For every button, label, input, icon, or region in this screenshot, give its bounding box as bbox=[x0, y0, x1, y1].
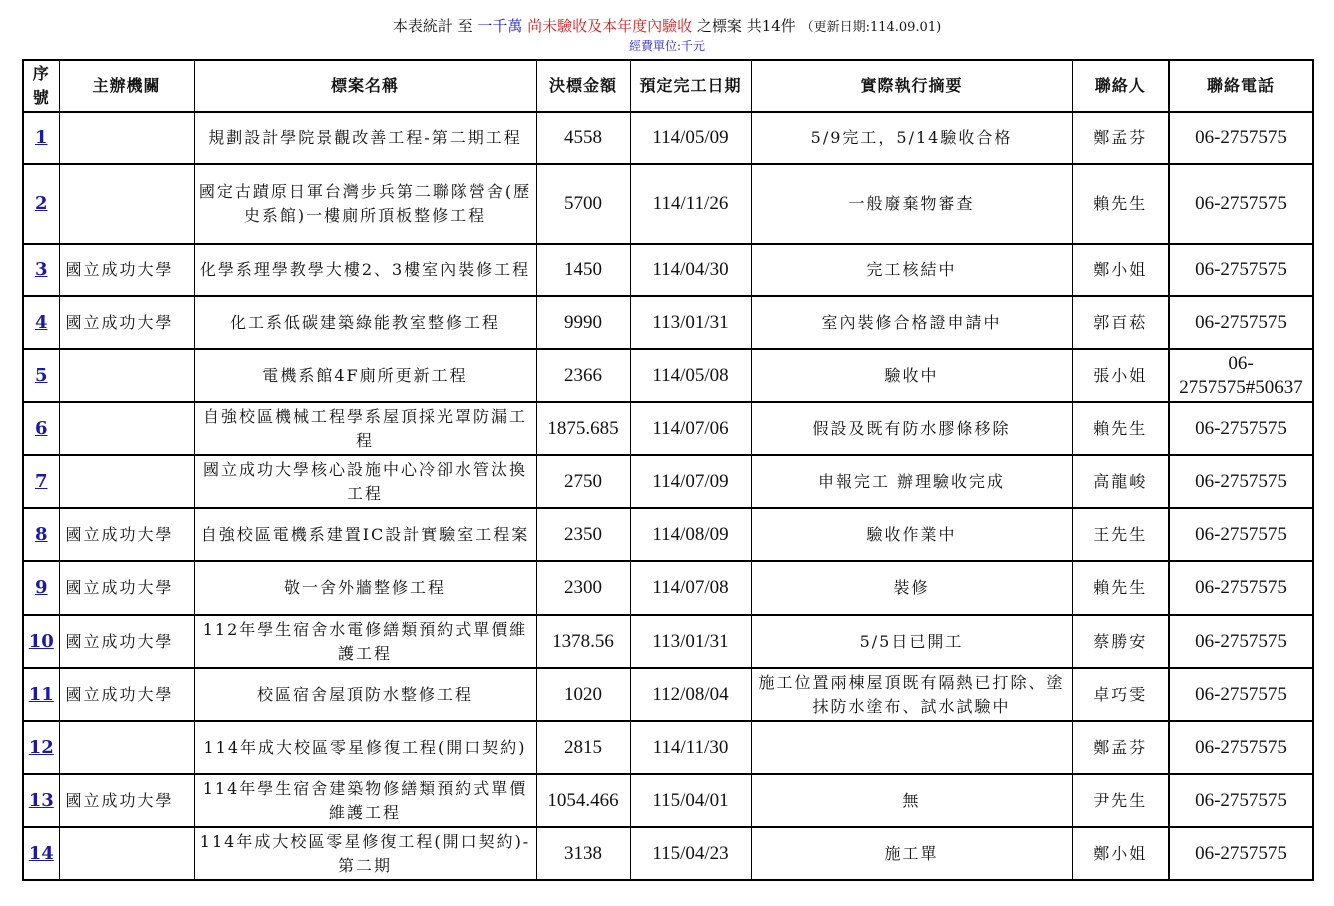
phone-cell: 06-2757575 bbox=[1169, 164, 1313, 244]
table-row: 6 自強校區機械工程學系屋頂採光罩防漏工程 1875.685 114/07/06… bbox=[23, 402, 1313, 455]
summary-cell: 一般廢棄物審查 bbox=[751, 164, 1072, 244]
award-amount-cell: 1378.56 bbox=[536, 615, 630, 668]
tender-name-cell: 114年成大校區零星修復工程(開口契約)-第二期 bbox=[194, 827, 536, 880]
phone-cell: 06-2757575 bbox=[1169, 296, 1313, 349]
contact-cell: 鄭孟芬 bbox=[1072, 721, 1169, 774]
table-row: 10 國立成功大學 112年學生宿舍水電修繕類預約式單價維護工程 1378.56… bbox=[23, 615, 1313, 668]
summary-cell: 室內裝修合格證申請中 bbox=[751, 296, 1072, 349]
contact-cell: 蔡勝安 bbox=[1072, 615, 1169, 668]
due-date-cell: 114/05/08 bbox=[630, 349, 751, 402]
row-number-link[interactable]: 10 bbox=[29, 631, 54, 652]
tender-name-cell: 112年學生宿舍水電修繕類預約式單價維護工程 bbox=[194, 615, 536, 668]
currency-unit-note: 經費單位:千元 bbox=[0, 38, 1334, 54]
agency-cell bbox=[59, 721, 194, 774]
award-amount-cell: 1020 bbox=[536, 668, 630, 721]
agency-cell: 國立成功大學 bbox=[59, 508, 194, 561]
summary-cell: 施工單 bbox=[751, 827, 1072, 880]
phone-cell: 06-2757575 bbox=[1169, 455, 1313, 508]
row-number-link[interactable]: 4 bbox=[35, 312, 48, 333]
due-date-cell: 115/04/23 bbox=[630, 827, 751, 880]
table-header-row: 序號 主辦機關 標案名稱 決標金額 預定完工日期 實際執行摘要 聯絡人 聯絡電話 bbox=[23, 60, 1313, 112]
due-date-cell: 114/07/09 bbox=[630, 455, 751, 508]
contact-cell: 鄭小姐 bbox=[1072, 244, 1169, 296]
due-date-cell: 114/08/09 bbox=[630, 508, 751, 561]
header-no: 序號 bbox=[23, 60, 59, 112]
table-row: 14 114年成大校區零星修復工程(開口契約)-第二期 3138 115/04/… bbox=[23, 827, 1313, 880]
row-number-link[interactable]: 7 bbox=[35, 471, 48, 492]
table-row: 12 114年成大校區零星修復工程(開口契約) 2815 114/11/30 鄭… bbox=[23, 721, 1313, 774]
row-number-cell: 14 bbox=[23, 827, 59, 880]
table-row: 8 國立成功大學 自強校區電機系建置IC設計實驗室工程案 2350 114/08… bbox=[23, 508, 1313, 561]
tender-name-cell: 化工系低碳建築綠能教室整修工程 bbox=[194, 296, 536, 349]
row-number-cell: 1 bbox=[23, 112, 59, 164]
contact-cell: 高龍峻 bbox=[1072, 455, 1169, 508]
header-phone: 聯絡電話 bbox=[1169, 60, 1313, 112]
tender-name-cell: 敬一舍外牆整修工程 bbox=[194, 561, 536, 615]
caption-suffix: 之標案 共14件 bbox=[692, 17, 800, 35]
contact-cell: 賴先生 bbox=[1072, 164, 1169, 244]
award-amount-cell: 1054.466 bbox=[536, 774, 630, 827]
row-number-link[interactable]: 11 bbox=[29, 684, 54, 705]
contact-cell: 張小姐 bbox=[1072, 349, 1169, 402]
agency-cell: 國立成功大學 bbox=[59, 615, 194, 668]
agency-cell bbox=[59, 349, 194, 402]
tender-name-cell: 規劃設計學院景觀改善工程-第二期工程 bbox=[194, 112, 536, 164]
row-number-cell: 6 bbox=[23, 402, 59, 455]
summary-cell: 5/9完工，5/14驗收合格 bbox=[751, 112, 1072, 164]
award-amount-cell: 4558 bbox=[536, 112, 630, 164]
row-number-link[interactable]: 1 bbox=[35, 127, 48, 148]
phone-cell: 06-2757575 bbox=[1169, 508, 1313, 561]
table-row: 2 國定古蹟原日軍台灣步兵第二聯隊營舍(歷史系館)一樓廁所頂板整修工程 5700… bbox=[23, 164, 1313, 244]
agency-cell: 國立成功大學 bbox=[59, 774, 194, 827]
due-date-cell: 114/11/30 bbox=[630, 721, 751, 774]
award-amount-cell: 1875.685 bbox=[536, 402, 630, 455]
agency-cell: 國立成功大學 bbox=[59, 244, 194, 296]
table-row: 9 國立成功大學 敬一舍外牆整修工程 2300 114/07/08 裝修 賴先生… bbox=[23, 561, 1313, 615]
tender-name-cell: 國立成功大學核心設施中心冷卻水管汰換工程 bbox=[194, 455, 536, 508]
phone-cell: 06-2757575 bbox=[1169, 615, 1313, 668]
agency-cell bbox=[59, 164, 194, 244]
header-award-amount: 決標金額 bbox=[536, 60, 630, 112]
summary-cell: 無 bbox=[751, 774, 1072, 827]
award-amount-cell: 2366 bbox=[536, 349, 630, 402]
table-row: 5 電機系館4F廁所更新工程 2366 114/05/08 驗收中 張小姐 06… bbox=[23, 349, 1313, 402]
table-row: 11 國立成功大學 校區宿舍屋頂防水整修工程 1020 112/08/04 施工… bbox=[23, 668, 1313, 721]
tender-name-cell: 自強校區電機系建置IC設計實驗室工程案 bbox=[194, 508, 536, 561]
row-number-cell: 10 bbox=[23, 615, 59, 668]
row-number-cell: 12 bbox=[23, 721, 59, 774]
table-row: 1 規劃設計學院景觀改善工程-第二期工程 4558 114/05/09 5/9完… bbox=[23, 112, 1313, 164]
row-number-link[interactable]: 13 bbox=[29, 790, 54, 811]
phone-cell: 06-2757575 bbox=[1169, 668, 1313, 721]
due-date-cell: 113/01/31 bbox=[630, 296, 751, 349]
due-date-cell: 114/07/08 bbox=[630, 561, 751, 615]
row-number-link[interactable]: 5 bbox=[35, 365, 48, 386]
table-row: 13 國立成功大學 114年學生宿舍建築物修繕類預約式單價維護工程 1054.4… bbox=[23, 774, 1313, 827]
summary-cell: 裝修 bbox=[751, 561, 1072, 615]
row-number-link[interactable]: 2 bbox=[35, 193, 48, 214]
contact-cell: 賴先生 bbox=[1072, 402, 1169, 455]
row-number-cell: 9 bbox=[23, 561, 59, 615]
award-amount-cell: 2300 bbox=[536, 561, 630, 615]
award-amount-cell: 2750 bbox=[536, 455, 630, 508]
summary-cell: 假設及既有防水膠條移除 bbox=[751, 402, 1072, 455]
summary-cell bbox=[751, 721, 1072, 774]
due-date-cell: 114/04/30 bbox=[630, 244, 751, 296]
summary-cell: 施工位置兩棟屋頂既有隔熱已打除、塗抹防水塗布、試水試驗中 bbox=[751, 668, 1072, 721]
award-amount-cell: 9990 bbox=[536, 296, 630, 349]
row-number-link[interactable]: 12 bbox=[29, 737, 54, 758]
phone-cell: 06-2757575 bbox=[1169, 721, 1313, 774]
summary-cell: 驗收作業中 bbox=[751, 508, 1072, 561]
due-date-cell: 112/08/04 bbox=[630, 668, 751, 721]
summary-cell: 申報完工 辦理驗收完成 bbox=[751, 455, 1072, 508]
phone-cell: 06-2757575 bbox=[1169, 774, 1313, 827]
row-number-cell: 3 bbox=[23, 244, 59, 296]
agency-cell: 國立成功大學 bbox=[59, 668, 194, 721]
agency-cell: 國立成功大學 bbox=[59, 296, 194, 349]
row-number-link[interactable]: 3 bbox=[35, 259, 48, 280]
row-number-cell: 7 bbox=[23, 455, 59, 508]
tender-name-cell: 化學系理學教學大樓2、3樓室內裝修工程 bbox=[194, 244, 536, 296]
due-date-cell: 114/05/09 bbox=[630, 112, 751, 164]
tender-table: 序號 主辦機關 標案名稱 決標金額 預定完工日期 實際執行摘要 聯絡人 聯絡電話… bbox=[22, 59, 1314, 881]
header-contact: 聯絡人 bbox=[1072, 60, 1169, 112]
report-caption: 本表統計 至 一千萬 尚未驗收及本年度內驗收 之標案 共14件 （更新日期:11… bbox=[0, 16, 1334, 38]
row-number-cell: 11 bbox=[23, 668, 59, 721]
table-row: 3 國立成功大學 化學系理學教學大樓2、3樓室內裝修工程 1450 114/04… bbox=[23, 244, 1313, 296]
due-date-cell: 115/04/01 bbox=[630, 774, 751, 827]
agency-cell bbox=[59, 827, 194, 880]
due-date-cell: 114/11/26 bbox=[630, 164, 751, 244]
agency-cell bbox=[59, 402, 194, 455]
summary-cell: 5/5日已開工 bbox=[751, 615, 1072, 668]
tender-name-cell: 校區宿舍屋頂防水整修工程 bbox=[194, 668, 536, 721]
header-tender-name: 標案名稱 bbox=[194, 60, 536, 112]
tender-name-cell: 114年成大校區零星修復工程(開口契約) bbox=[194, 721, 536, 774]
row-number-cell: 4 bbox=[23, 296, 59, 349]
agency-cell: 國立成功大學 bbox=[59, 561, 194, 615]
summary-cell: 完工核結中 bbox=[751, 244, 1072, 296]
contact-cell: 王先生 bbox=[1072, 508, 1169, 561]
contact-cell: 賴先生 bbox=[1072, 561, 1169, 615]
table-row: 7 國立成功大學核心設施中心冷卻水管汰換工程 2750 114/07/09 申報… bbox=[23, 455, 1313, 508]
award-amount-cell: 2350 bbox=[536, 508, 630, 561]
row-number-cell: 8 bbox=[23, 508, 59, 561]
header-agency: 主辦機關 bbox=[59, 60, 194, 112]
row-number-cell: 5 bbox=[23, 349, 59, 402]
summary-cell: 驗收中 bbox=[751, 349, 1072, 402]
award-amount-cell: 5700 bbox=[536, 164, 630, 244]
phone-cell: 06-2757575 bbox=[1169, 402, 1313, 455]
contact-cell: 卓巧雯 bbox=[1072, 668, 1169, 721]
phone-cell: 06-2757575 bbox=[1169, 827, 1313, 880]
award-amount-cell: 3138 bbox=[536, 827, 630, 880]
agency-cell bbox=[59, 455, 194, 508]
phone-cell: 06-2757575 bbox=[1169, 112, 1313, 164]
contact-cell: 尹先生 bbox=[1072, 774, 1169, 827]
tender-name-cell: 自強校區機械工程學系屋頂採光罩防漏工程 bbox=[194, 402, 536, 455]
header-due-date: 預定完工日期 bbox=[630, 60, 751, 112]
table-row: 4 國立成功大學 化工系低碳建築綠能教室整修工程 9990 113/01/31 … bbox=[23, 296, 1313, 349]
row-number-link[interactable]: 9 bbox=[35, 577, 48, 598]
award-amount-cell: 1450 bbox=[536, 244, 630, 296]
caption-threshold: 一千萬 bbox=[477, 17, 522, 35]
row-number-link[interactable]: 8 bbox=[35, 524, 48, 545]
caption-prefix: 本表統計 至 bbox=[393, 17, 478, 35]
tender-name-cell: 114年學生宿舍建築物修繕類預約式單價維護工程 bbox=[194, 774, 536, 827]
row-number-cell: 13 bbox=[23, 774, 59, 827]
due-date-cell: 113/01/31 bbox=[630, 615, 751, 668]
tender-name-cell: 電機系館4F廁所更新工程 bbox=[194, 349, 536, 402]
contact-cell: 鄭孟芬 bbox=[1072, 112, 1169, 164]
tender-name-cell: 國定古蹟原日軍台灣步兵第二聯隊營舍(歷史系館)一樓廁所頂板整修工程 bbox=[194, 164, 536, 244]
caption-scope: 尚未驗收及本年度內驗收 bbox=[522, 17, 692, 35]
phone-cell: 06-2757575 bbox=[1169, 561, 1313, 615]
row-number-cell: 2 bbox=[23, 164, 59, 244]
contact-cell: 鄭小姐 bbox=[1072, 827, 1169, 880]
caption-update-date: （更新日期:114.09.01) bbox=[801, 20, 942, 35]
due-date-cell: 114/07/06 bbox=[630, 402, 751, 455]
phone-cell: 06-2757575 bbox=[1169, 244, 1313, 296]
header-summary: 實際執行摘要 bbox=[751, 60, 1072, 112]
award-amount-cell: 2815 bbox=[536, 721, 630, 774]
agency-cell bbox=[59, 112, 194, 164]
phone-cell: 06-2757575#50637 bbox=[1169, 349, 1313, 402]
row-number-link[interactable]: 6 bbox=[35, 418, 48, 439]
row-number-link[interactable]: 14 bbox=[29, 843, 54, 864]
contact-cell: 郭百菘 bbox=[1072, 296, 1169, 349]
